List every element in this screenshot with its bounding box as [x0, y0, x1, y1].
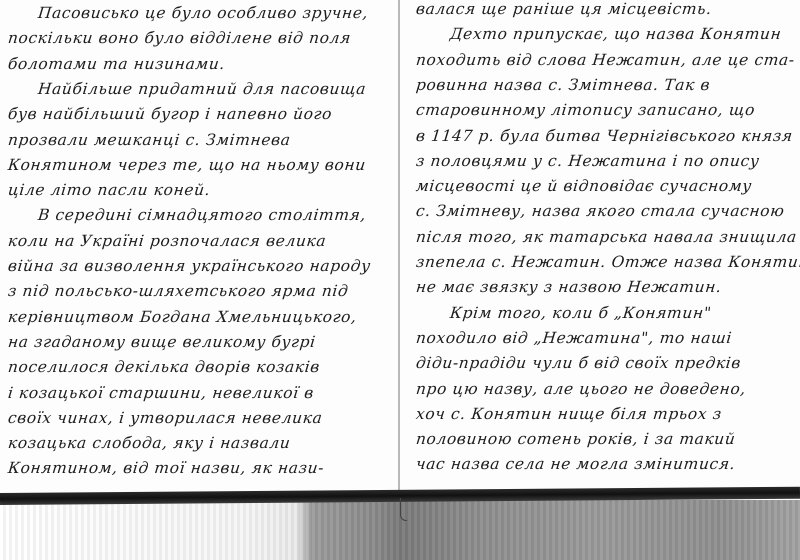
- handwritten-line: Дехто припускає, що назва Конятин: [401, 25, 800, 43]
- right-page: валася ще раніше ця місцевість.Дехто при…: [402, 0, 800, 490]
- handwritten-line: зпепела с. Нежатин. Отже назва Конятин: [401, 253, 800, 271]
- binding-thread: [400, 498, 407, 521]
- handwritten-line: місцевості це й відповідає сучасному: [401, 177, 800, 195]
- handwritten-line: Крім того, коли б „Конятин": [401, 304, 800, 322]
- handwritten-line: діди-прадіди чули б від своїх предків: [401, 354, 800, 372]
- notebook-spread: Пасовисько це було особливо зручне,поскі…: [0, 0, 800, 495]
- page-gutter: [398, 0, 400, 495]
- handwritten-line: старовинному літопису записано, що: [401, 101, 800, 119]
- handwritten-line: Конятином через те, що на ньому вони: [0, 156, 399, 174]
- handwritten-line: валася ще раніше ця місцевість.: [401, 0, 800, 18]
- handwritten-line: поселилося декілька дворів козаків: [0, 358, 399, 376]
- handwritten-line: з під польсько-шляхетського ярма під: [0, 282, 399, 300]
- handwritten-line: після того, як татарська навала знищила: [401, 228, 800, 246]
- handwritten-line: про цю назву, але цього не доведено,: [401, 380, 800, 398]
- handwritten-line: з половцями у с. Нежатина і по опису: [401, 152, 800, 170]
- handwritten-line: прозвали мешканці с. Змітнева: [0, 131, 399, 149]
- left-page: Пасовисько це було особливо зручне,поскі…: [0, 0, 398, 490]
- handwritten-line: ровинна назва с. Змітнева. Так в: [401, 76, 800, 94]
- handwritten-line: поскільки воно було відділене від поля: [0, 29, 399, 47]
- handwritten-line: був найбільший бугор і напевно його: [0, 105, 399, 123]
- handwritten-line: війна за визволення українського народу: [0, 257, 399, 275]
- handwritten-line: походить від слова Нежатин, але це ста-: [401, 51, 800, 69]
- handwritten-line: Найбільше придатний для пасовища: [0, 80, 399, 98]
- handwritten-line: на згаданому вище великому бугрі: [0, 333, 399, 351]
- handwritten-line: В середині сімнадцятого століття,: [0, 206, 399, 224]
- handwritten-line: половиною сотень років, і за такий: [401, 430, 800, 448]
- handwritten-line: ціле літо пасли коней.: [0, 181, 399, 199]
- handwritten-line: болотами та низинами.: [0, 55, 399, 73]
- handwritten-line: не має звязку з назвою Нежатин.: [401, 278, 800, 296]
- handwritten-line: походило від „Нежатина", то наші: [401, 329, 800, 347]
- handwritten-line: своїх чинах, і утворилася невелика: [0, 409, 399, 427]
- handwritten-line: коли на Україні розпочалася велика: [0, 232, 399, 250]
- handwritten-line: хоч с. Конятин нище біля трьох з: [401, 405, 800, 423]
- handwritten-line: с. Змітневу, назва якого стала сучасною: [401, 202, 800, 220]
- handwritten-line: Конятином, від тої назви, як нази-: [0, 459, 399, 477]
- handwritten-line: Пасовисько це було особливо зручне,: [0, 4, 399, 22]
- handwritten-line: і козацької старшини, невеликої в: [0, 384, 399, 402]
- handwritten-line: час назва села не могла змінитися.: [401, 455, 800, 473]
- handwritten-line: козацька слобода, яку і назвали: [0, 434, 399, 452]
- handwritten-line: в 1147 р. була битва Чернігівського княз…: [401, 127, 800, 145]
- handwritten-line: керівництвом Богдана Хмельницького,: [0, 308, 399, 326]
